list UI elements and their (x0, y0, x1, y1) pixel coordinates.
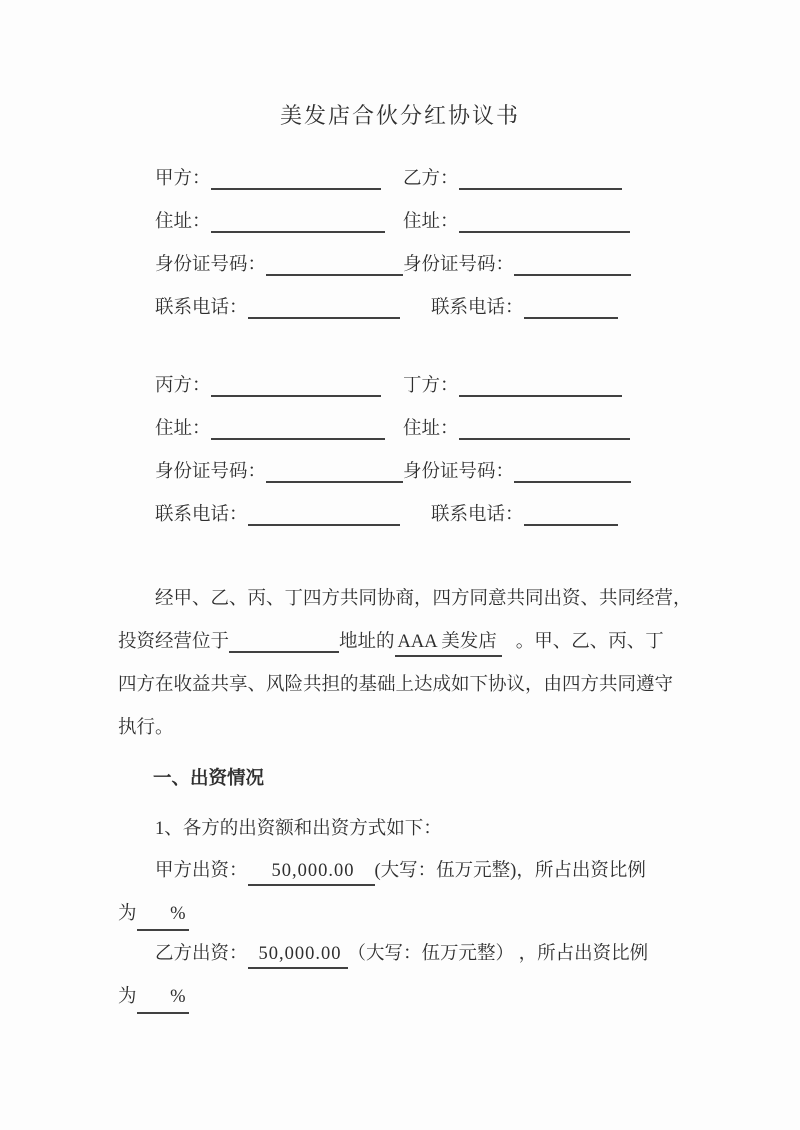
party-row: 甲方： 乙方： (155, 155, 633, 198)
field-address-d: 住址： (403, 419, 633, 440)
contribution-amount: 50,000.00 (248, 861, 375, 886)
field-label: 身份证号码： (403, 255, 514, 276)
field-label: 联系电话： (431, 298, 524, 319)
percent-blank: % (137, 982, 189, 1014)
paragraph-text: 投资经营位于 (118, 632, 229, 652)
field-label: 住址： (155, 419, 211, 440)
blank-underline (514, 274, 631, 276)
blank-underline (248, 317, 400, 319)
paragraph-line: 投资经营位于地址的AAA 美发店。甲、乙、丙、丁 (118, 621, 698, 664)
paragraph-text: 地址的 (339, 632, 395, 652)
contribution-text: （大写：伍万元整） ，所占出资比例 (348, 944, 649, 964)
party-row: 住址： 住址： (155, 405, 633, 448)
section-heading: 一、出资情况 (153, 764, 264, 794)
party-row: 身份证号码： 身份证号码： (155, 448, 633, 491)
contribution-line-party-a: 甲方出资：50,000.00(大写：伍万元整)，所占出资比例 (155, 856, 646, 886)
blank-underline (211, 231, 385, 233)
party-row: 身份证号码： 身份证号码： (155, 241, 633, 284)
field-address-a: 住址： (155, 212, 403, 233)
contribution-line-party-b: 乙方出资：50,000.00（大写：伍万元整） ，所占出资比例 (155, 939, 648, 969)
field-label: 联系电话： (155, 298, 248, 319)
field-party-a: 甲方： (155, 169, 403, 190)
contribution-percent-party-a: 为% (118, 899, 189, 931)
contribution-percent-party-b: 为% (118, 982, 189, 1014)
field-label: 丙方： (155, 376, 211, 397)
percent-prefix: 为 (118, 987, 137, 1007)
field-phone-a: 联系电话： (155, 298, 403, 319)
blank-underline (459, 438, 630, 440)
field-label: 身份证号码： (403, 462, 514, 483)
percent-blank: % (137, 899, 189, 931)
filled-blank-shop-name: AAA 美发店 (395, 632, 502, 657)
field-id-d: 身份证号码： (403, 462, 633, 483)
field-address-c: 住址： (155, 419, 403, 440)
field-address-b: 住址： (403, 212, 633, 233)
blank-underline (459, 231, 630, 233)
percent-prefix: 为 (118, 904, 137, 924)
contribution-amount: 50,000.00 (248, 944, 348, 969)
paragraph-line: 四方在收益共享、风险共担的基础上达成如下协议，由四方共同遵守 (118, 664, 698, 707)
field-party-b: 乙方： (403, 169, 633, 190)
blank-underline (459, 395, 622, 397)
blank-underline (266, 274, 403, 276)
field-label: 甲方： (155, 169, 211, 190)
field-label: 联系电话： (155, 505, 248, 526)
party-block-cd: 丙方： 丁方： 住址： 住址： 身份证号码： 身份 (155, 362, 633, 534)
party-row: 联系电话： 联系电话： (155, 284, 633, 327)
field-party-c: 丙方： (155, 376, 403, 397)
contribution-text: (大写：伍万元整)，所占出资比例 (375, 861, 646, 881)
field-label: 身份证号码： (155, 255, 266, 276)
blank-underline (524, 317, 618, 319)
field-phone-d: 联系电话： (403, 505, 633, 526)
field-party-d: 丁方： (403, 376, 633, 397)
blank-underline (266, 481, 403, 483)
field-label: 身份证号码： (155, 462, 266, 483)
field-label: 住址： (155, 212, 211, 233)
list-item-1: 1、各方的出资额和出资方式如下： (155, 814, 442, 844)
field-label: 丁方： (403, 376, 459, 397)
contribution-label: 乙方出资： (155, 944, 248, 964)
document-title: 美发店合伙分红协议书 (0, 101, 800, 131)
blank-underline (211, 438, 385, 440)
blank-underline (524, 524, 618, 526)
paragraph-line: 执行。 (118, 707, 698, 750)
field-id-a: 身份证号码： (155, 255, 403, 276)
field-label: 乙方： (403, 169, 459, 190)
blank-underline (211, 188, 381, 190)
field-id-c: 身份证号码： (155, 462, 403, 483)
contribution-label: 甲方出资： (155, 861, 248, 881)
field-label: 联系电话： (431, 505, 524, 526)
field-id-b: 身份证号码： (403, 255, 633, 276)
party-row: 住址： 住址： (155, 198, 633, 241)
blank-underline (248, 524, 400, 526)
blank-underline (229, 633, 339, 654)
blank-underline (514, 481, 631, 483)
field-phone-c: 联系电话： (155, 505, 403, 526)
field-label: 住址： (403, 419, 459, 440)
party-row: 丙方： 丁方： (155, 362, 633, 405)
party-row: 联系电话： 联系电话： (155, 491, 633, 534)
paragraph-text: 。甲、乙、丙、丁 (516, 632, 664, 652)
field-label: 住址： (403, 212, 459, 233)
paragraph-line: 经甲、乙、丙、丁四方共同协商，四方同意共同出资、共同经营， (118, 578, 698, 621)
blank-underline (211, 395, 381, 397)
party-block-ab: 甲方： 乙方： 住址： 住址： 身份证号码： 身份 (155, 155, 633, 327)
document-page: 美发店合伙分红协议书 甲方： 乙方： 住址： 住址： 身份 (0, 0, 800, 1130)
blank-underline (459, 188, 622, 190)
field-phone-b: 联系电话： (403, 298, 633, 319)
intro-paragraph: 经甲、乙、丙、丁四方共同协商，四方同意共同出资、共同经营， 投资经营位于地址的A… (118, 578, 698, 750)
